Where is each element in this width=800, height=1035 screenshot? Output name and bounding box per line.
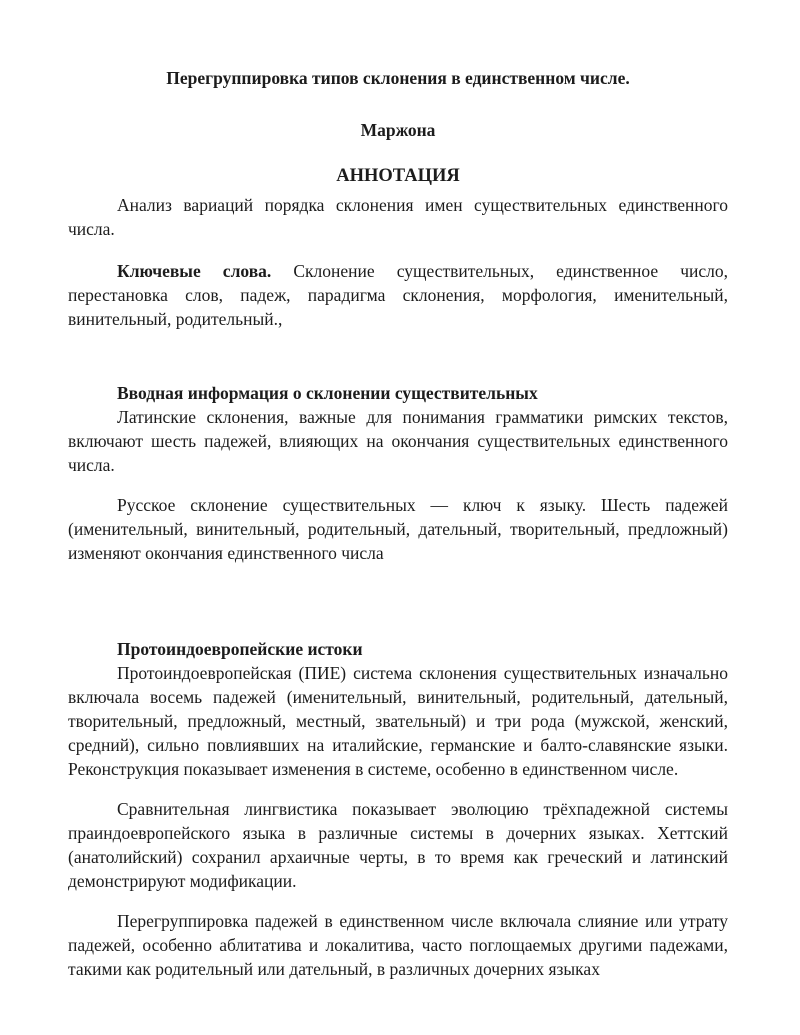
annotation-paragraph: Анализ вариаций порядка склонения имен с… — [68, 193, 728, 241]
document-author: Маржона — [68, 118, 728, 142]
intro-paragraph-1: Латинские склонения, важные для понимани… — [68, 405, 728, 477]
pie-section-heading: Протоиндоевропейские истоки — [68, 637, 728, 661]
document-title: Перегруппировка типов склонения в единст… — [68, 66, 728, 90]
pie-paragraph-3: Перегруппировка падежей в единственном ч… — [68, 909, 728, 981]
intro-section-heading: Вводная информация о склонении существит… — [68, 381, 728, 405]
annotation-heading: АННОТАЦИЯ — [68, 164, 728, 188]
pie-paragraph-1: Протоиндоевропейская (ПИЕ) система склон… — [68, 661, 728, 781]
pie-paragraph-2: Сравнительная лингвистика показывает эво… — [68, 797, 728, 893]
keywords-paragraph: Ключевые слова. Склонение существительны… — [68, 259, 728, 331]
keywords-label: Ключевые слова. — [117, 261, 271, 281]
document-page: Перегруппировка типов склонения в единст… — [0, 0, 800, 1035]
intro-paragraph-2: Русское склонение существительных — ключ… — [68, 493, 728, 565]
